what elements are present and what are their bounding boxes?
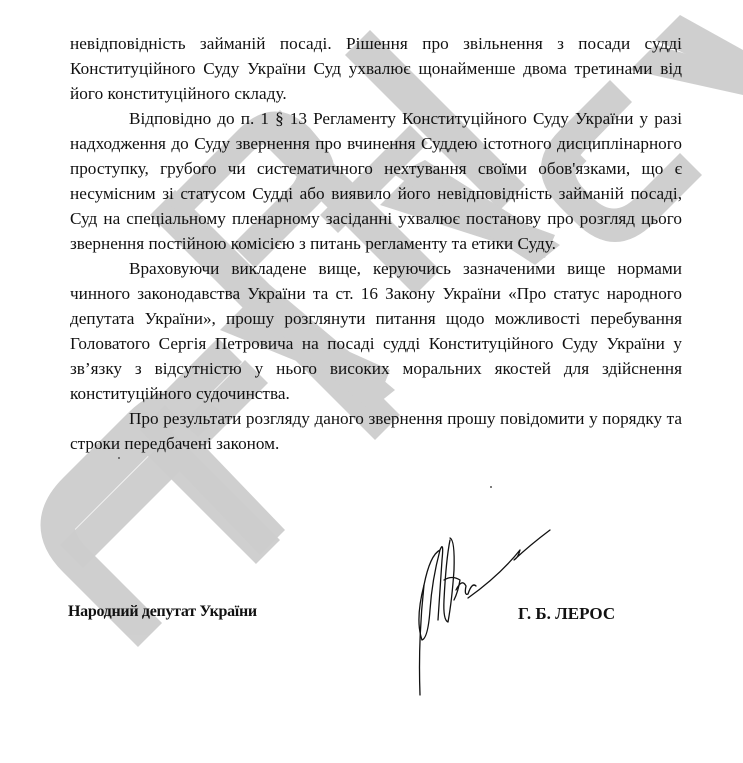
signature-block: Народний депутат України Г. Б. ЛЕРОС (0, 0, 743, 763)
signatory-name: Г. Б. ЛЕРОС (518, 604, 615, 624)
signatory-title: Народний депутат України (68, 603, 257, 621)
